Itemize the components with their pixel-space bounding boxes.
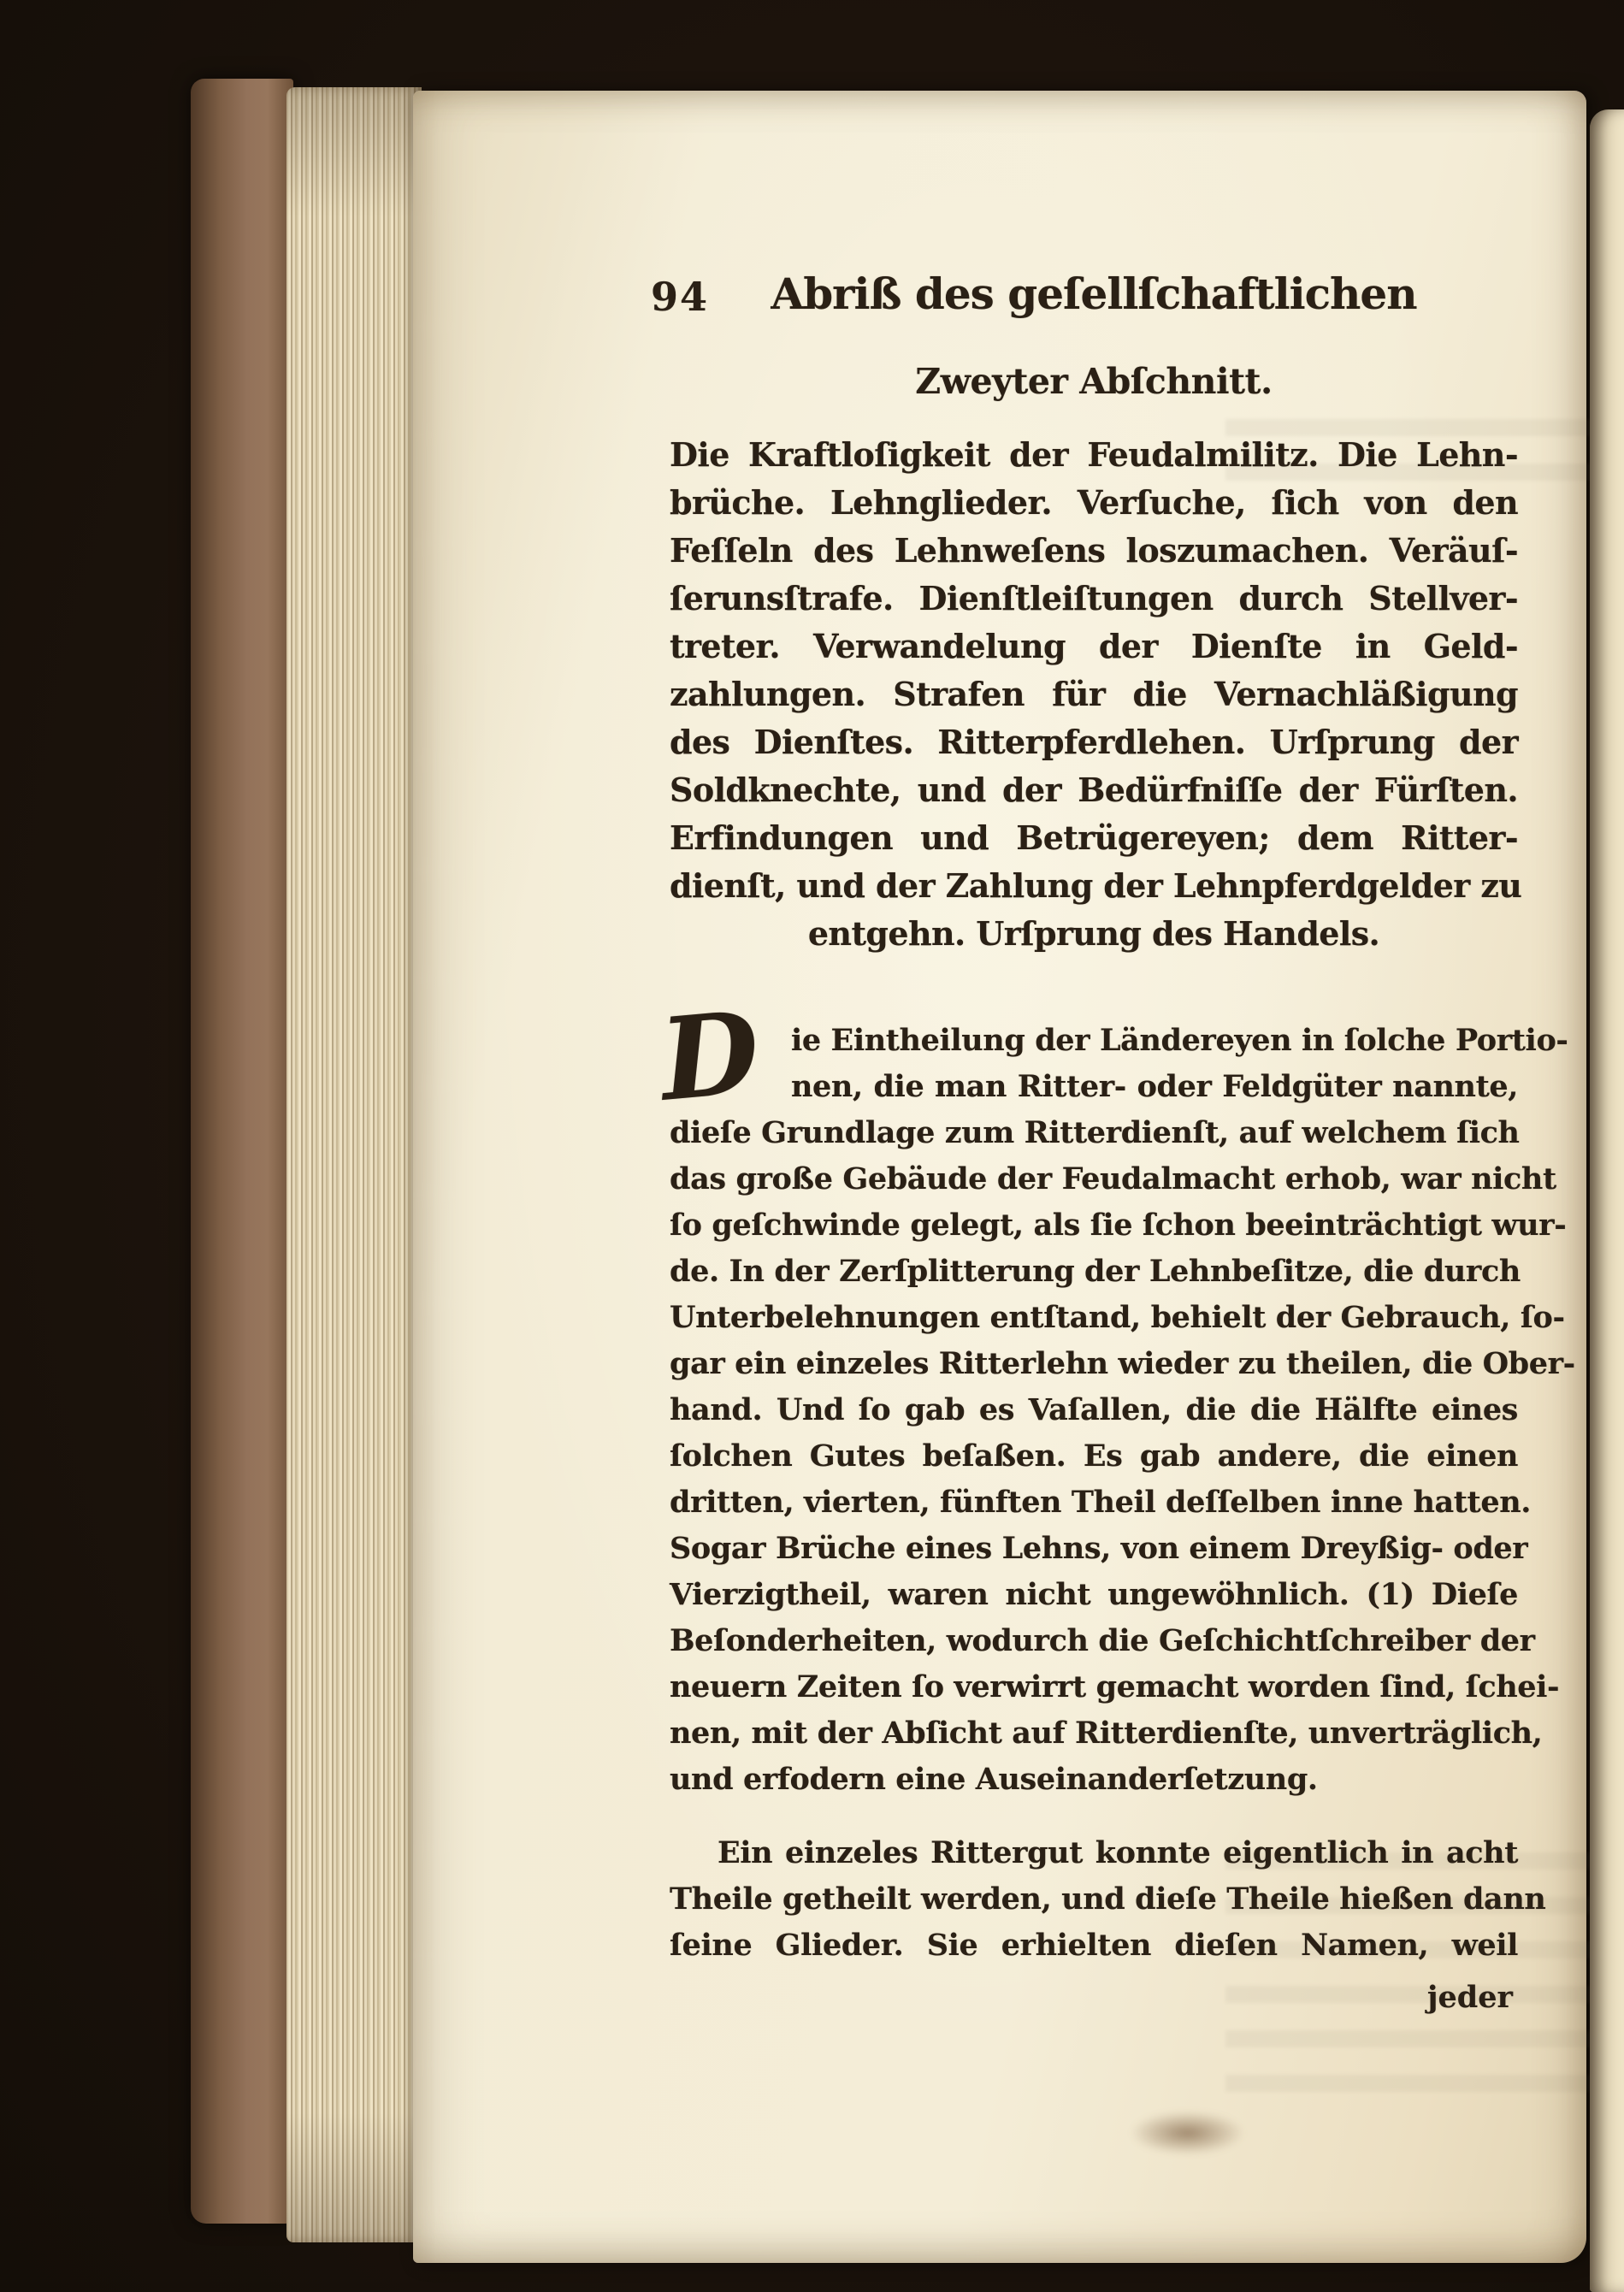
body-line: neuern Zeiten ſo verwirrt gemacht worden… bbox=[670, 1664, 1518, 1710]
body-line: ſolchen Gutes beſaßen. Es gab andere, di… bbox=[670, 1433, 1518, 1480]
page-number: 94 bbox=[651, 274, 709, 320]
summary-line: Soldknechte, und der Bedürfniſſe der Für… bbox=[670, 766, 1518, 814]
page-fore-edges bbox=[286, 87, 422, 2242]
running-header-title: Abriß des geſellſchaftlichen bbox=[771, 269, 1416, 319]
body-line: das große Gebäude der Feudalmacht erhob,… bbox=[670, 1156, 1518, 1202]
section-heading: Zweyter Abſchnitt. bbox=[670, 361, 1518, 402]
running-header-row: 94 Abriß des geſellſchaftlichen bbox=[670, 269, 1518, 323]
body-line: gar ein einzeles Ritterlehn wieder zu th… bbox=[670, 1341, 1518, 1387]
body-line: hand. Und ſo gab es Vaſallen, die die Hä… bbox=[670, 1387, 1518, 1433]
facing-page-sliver bbox=[1590, 109, 1624, 2292]
summary-line: Erfindungen und Betrügereyen; dem Ritter… bbox=[670, 814, 1518, 862]
summary-line: treter. Verwandelung der Dienſte in Geld… bbox=[670, 623, 1518, 670]
body-line: dieſe Grundlage zum Ritterdienſt, auf we… bbox=[670, 1110, 1518, 1156]
body-paragraph-2: Ein einzeles Rittergut konnte eigentlich… bbox=[670, 1830, 1518, 1969]
chapter-summary: Die Kraftloſigkeit der Feudalmilitz. Die… bbox=[670, 431, 1518, 958]
book-cover-board bbox=[191, 79, 293, 2224]
body-line: Beſonderheiten, wodurch die Geſchichtſch… bbox=[670, 1618, 1518, 1664]
summary-closing-line: entgehn. Urſprung des Handels. bbox=[670, 910, 1518, 958]
body-line: und erfodern eine Auseinanderſetzung. bbox=[670, 1757, 1518, 1803]
summary-line: brüche. Lehnglieder. Verſuche, ſich von … bbox=[670, 479, 1518, 527]
summary-line: des Dienſtes. Ritterpferdlehen. Urſprung… bbox=[670, 718, 1518, 766]
body-line: ie Eintheilung der Ländereyen in ſolche … bbox=[670, 1018, 1518, 1064]
drop-cap-letter: D bbox=[657, 1001, 763, 1113]
paper-stain bbox=[1130, 2111, 1245, 2155]
body-line: Ein einzeles Rittergut konnte eigentlich… bbox=[670, 1830, 1518, 1876]
body-paragraph-1: D ie Eintheilung der Ländereyen in ſolch… bbox=[670, 1018, 1518, 1803]
body-line: ſeine Glieder. Sie erhielten dieſen Name… bbox=[670, 1923, 1518, 1969]
body-line: Vierzigtheil, waren nicht ungewöhnlich. … bbox=[670, 1572, 1518, 1618]
summary-line: dienſt, und der Zahlung der Lehnpferdgel… bbox=[670, 862, 1518, 910]
text-column: 94 Abriß des geſellſchaftlichen Zweyter … bbox=[670, 262, 1518, 2020]
body-line: Sogar Brüche eines Lehns, von einem Drey… bbox=[670, 1526, 1518, 1572]
catchword: jeder bbox=[670, 1976, 1518, 2020]
body-line: dritten, vierten, fünften Theil deſſelbe… bbox=[670, 1480, 1518, 1526]
body-line: Theile getheilt werden, und dieſe Theile… bbox=[670, 1876, 1518, 1923]
body-line: nen, mit der Abſicht auf Ritterdienſte, … bbox=[670, 1710, 1518, 1757]
summary-line: ſerunsſtrafe. Dienſtleiſtungen durch Ste… bbox=[670, 575, 1518, 623]
book-photo-scene: 94 Abriß des geſellſchaftlichen Zweyter … bbox=[0, 0, 1624, 2292]
body-line: de. In der Zerſplitterung der Lehnbeſitz… bbox=[670, 1249, 1518, 1295]
summary-line: Feſſeln des Lehnweſens loszumachen. Verä… bbox=[670, 527, 1518, 575]
summary-line: Die Kraftloſigkeit der Feudalmilitz. Die… bbox=[670, 431, 1518, 479]
summary-line: zahlungen. Strafen für die Vernachläßigu… bbox=[670, 670, 1518, 718]
body-line: nen, die man Ritter- oder Feldgüter nann… bbox=[670, 1064, 1518, 1110]
book-page: 94 Abriß des geſellſchaftlichen Zweyter … bbox=[413, 91, 1586, 2263]
body-line: ſo geſchwinde gelegt, als ſie ſchon beei… bbox=[670, 1202, 1518, 1249]
body-line: Unterbelehnungen entſtand, behielt der G… bbox=[670, 1295, 1518, 1341]
